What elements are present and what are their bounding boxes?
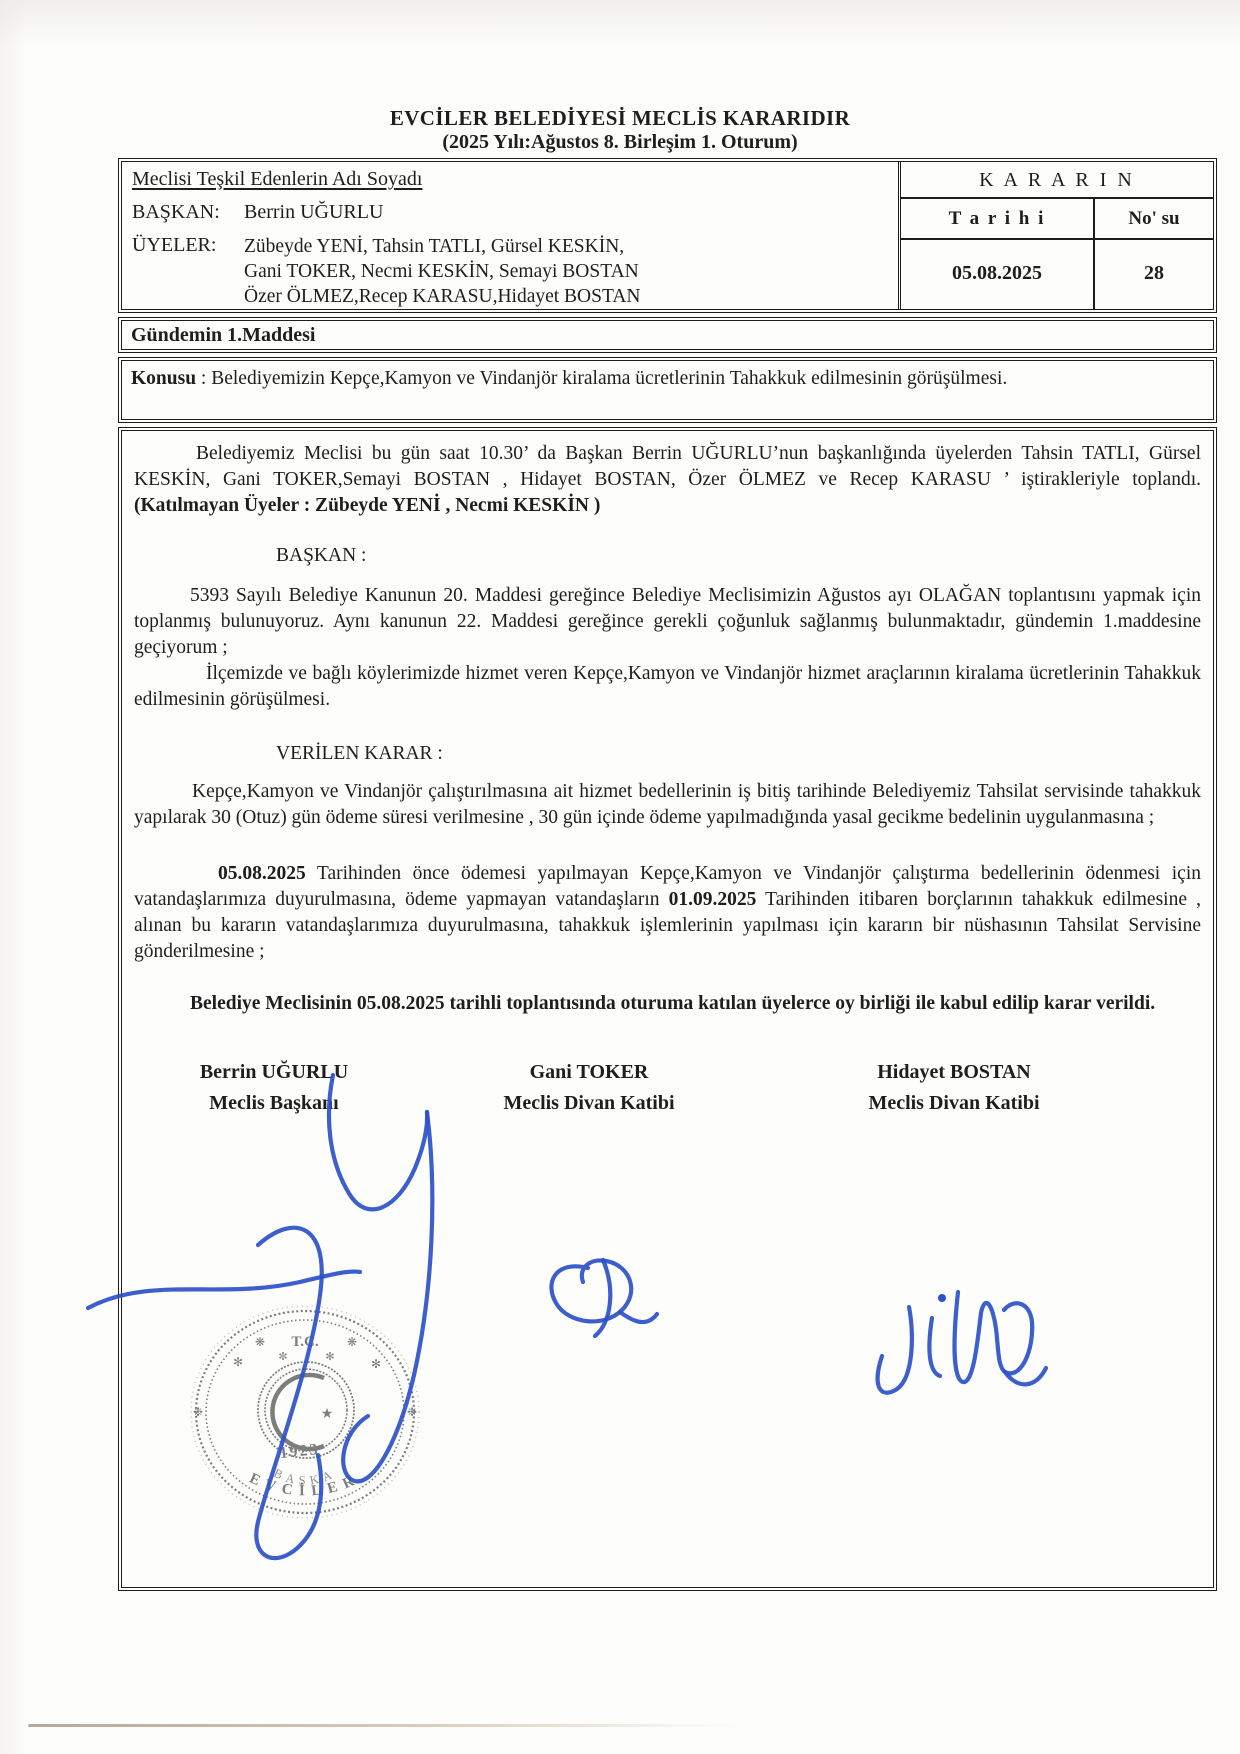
decision-given-heading: VERİLEN KARAR : (276, 741, 1201, 767)
decision-date-label: T a r i h i (901, 199, 1093, 240)
members-line-3: Özer ÖLMEZ,Recep KARASU,Hidayet BOSTAN (244, 284, 641, 309)
decision-frame: Meclisi Teşkil Edenlerin Adı Soyadı BAŞK… (118, 158, 1217, 1591)
members-label: ÜYELER: (132, 234, 244, 309)
decision-heading-cell: K A R A R I N (901, 162, 1213, 199)
body-paragraph-subject: İlçemizde ve bağlı köylerimizde hizmet v… (134, 661, 1201, 713)
subject-separator: : (201, 368, 206, 389)
subject-box: Konusu : Belediyemizin Kepçe,Kamyon ve V… (118, 357, 1217, 423)
opening-text: Belediyemiz Meclisi bu gün saat 10.30’ d… (134, 443, 1201, 490)
chairman-name: Berrin UĞURLU (244, 201, 383, 224)
body-paragraph-decision2: 05.08.2025 Tarihinden önce ödemesi yapıl… (134, 861, 1201, 965)
agenda-band-label: Gündemin 1.Maddesi (131, 324, 315, 346)
body-paragraph-opening: Belediyemiz Meclisi bu gün saat 10.30’ d… (134, 441, 1201, 519)
body-paragraph-decision1: Kepçe,Kamyon ve Vindanjör çalıştırılması… (134, 779, 1201, 831)
members-line-2: Gani TOKER, Necmi KESKİN, Semayi BOSTAN (244, 259, 641, 284)
signature-block-clerk-2: Hidayet BOSTAN Meclis Divan Katibi (834, 1061, 1074, 1115)
council-members-cell: Meclisi Teşkil Edenlerin Adı Soyadı BAŞK… (122, 162, 901, 309)
deadline-date-2: 01.09.2025 (669, 889, 757, 910)
members-line-1: Zübeyde YENİ, Tahsin TATLI, Gürsel KESKİ… (244, 234, 641, 259)
body-paragraph-law: 5393 Sayılı Belediye Kanunun 20. Maddesi… (134, 583, 1201, 661)
scan-shadow-left (0, 0, 26, 1754)
deadline-date-1: 05.08.2025 (218, 863, 306, 884)
decision-body-box: Belediyemiz Meclisi bu gün saat 10.30’ d… (118, 427, 1217, 1591)
signer-name: Hidayet BOSTAN (834, 1061, 1074, 1084)
document-subtitle: (2025 Yılı:Ağustos 8. Birleşim 1. Oturum… (0, 131, 1240, 154)
signer-name: Berrin UĞURLU (174, 1061, 374, 1084)
signer-title: Meclis Divan Katibi (484, 1092, 694, 1115)
signature-block-chairman: Berrin UĞURLU Meclis Başkanı (174, 1061, 374, 1115)
scan-artifact-line (28, 1724, 740, 1727)
subject-label: Konusu (131, 368, 196, 389)
signature-row: Berrin UĞURLU Meclis Başkanı Gani TOKER … (134, 1061, 1201, 1161)
members-row: ÜYELER: Zübeyde YENİ, Tahsin TATLI, Gürs… (132, 234, 894, 309)
closing-statement: Belediye Meclisinin 05.08.2025 tarihli t… (134, 991, 1201, 1017)
members-list: Zübeyde YENİ, Tahsin TATLI, Gürsel KESKİ… (244, 234, 641, 309)
absent-members-note: (Katılmayan Üyeler : Zübeyde YENİ , Necm… (134, 495, 600, 516)
chairman-speech-heading: BAŞKAN : (276, 543, 1201, 569)
signature-block-clerk-1: Gani TOKER Meclis Divan Katibi (484, 1061, 694, 1115)
signer-name: Gani TOKER (484, 1061, 694, 1084)
decision-number-label: No' su (1093, 199, 1213, 240)
signer-title: Meclis Başkanı (174, 1092, 374, 1115)
members-section-heading: Meclisi Teşkil Edenlerin Adı Soyadı (132, 168, 894, 191)
document-title: EVCİLER BELEDİYESİ MECLİS KARARIDIR (0, 106, 1240, 131)
chairman-row: BAŞKAN: Berrin UĞURLU (132, 201, 894, 224)
signer-title: Meclis Divan Katibi (834, 1092, 1074, 1115)
scan-shadow-top (0, 0, 1240, 46)
agenda-band: Gündemin 1.Maddesi (118, 317, 1217, 353)
subject-text: Belediyemizin Kepçe,Kamyon ve Vindanjör … (211, 368, 1007, 389)
decision-date-value: 05.08.2025 (901, 240, 1093, 309)
chairman-label: BAŞKAN: (132, 201, 244, 224)
decision-number-value: 28 (1093, 240, 1213, 309)
scanned-document-page: EVCİLER BELEDİYESİ MECLİS KARARIDIR (202… (0, 0, 1240, 1754)
council-header-table: Meclisi Teşkil Edenlerin Adı Soyadı BAŞK… (118, 158, 1217, 313)
